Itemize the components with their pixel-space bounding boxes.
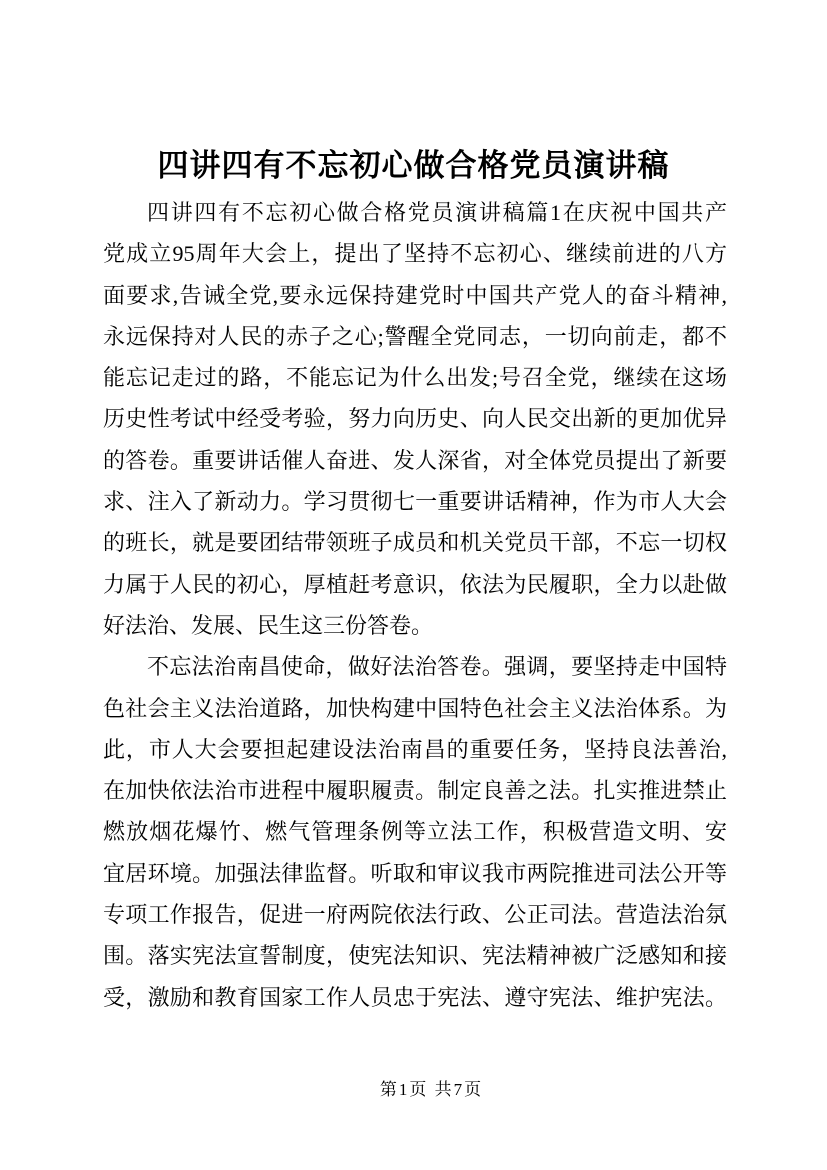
text-line: 的班长，就是要团结带领班子成员和机关党员干部，不忘一切权 — [103, 522, 727, 563]
text-line: 党成立95周年大会上，提出了坚持不忘初心、继续前进的八方 — [103, 233, 727, 274]
paragraph-2: 不忘法治南昌使命，做好法治答卷。强调，要坚持走中国特 色社会主义法治道路，加快构… — [103, 646, 727, 1018]
text-line: 在加快依法治市进程中履职履责。制定良善之法。扎实推进禁止 — [103, 770, 727, 811]
text-line: 四讲四有不忘初心做合格党员演讲稿篇1在庆祝中国共产 — [103, 192, 727, 233]
text-line: 宜居环境。加强法律监督。听取和审议我市两院推进司法公开等 — [103, 853, 727, 894]
text-line: 求、注入了新动力。学习贯彻七一重要讲话精神，作为市人大会 — [103, 481, 727, 522]
text-line: 能忘记走过的路，不能忘记为什么出发;号召全党，继续在这场 — [103, 357, 727, 398]
page-number-label: 第1页 共7页 — [380, 1080, 483, 1099]
text-line: 永远保持对人民的赤子之心;警醒全党同志，一切向前走，都不 — [103, 316, 727, 357]
text-line: 受，激励和教育国家工作人员忠于宪法、遵守宪法、维护宪法。 — [103, 977, 727, 1018]
text-line: 不忘法治南昌使命，做好法治答卷。强调，要坚持走中国特 — [103, 646, 727, 687]
text-line: 力属于人民的初心，厚植赶考意识，依法为民履职，全力以赴做 — [103, 564, 727, 605]
document-title: 四讲四有不忘初心做合格党员演讲稿 — [0, 143, 827, 189]
document-body: 四讲四有不忘初心做合格党员演讲稿篇1在庆祝中国共产 党成立95周年大会上，提出了… — [103, 192, 727, 1018]
text-line: 好法治、发展、民生这三份答卷。 — [103, 605, 727, 646]
text-line: 色社会主义法治道路，加快构建中国特色社会主义法治体系。为 — [103, 688, 727, 729]
text-line: 历史性考试中经受考验，努力向历史、向人民交出新的更加优异 — [103, 398, 727, 439]
page-footer: 第1页 共7页 — [0, 1078, 827, 1102]
text-line: 此，市人大会要担起建设法治南昌的重要任务，坚持良法善治, — [103, 729, 727, 770]
document-page: 四讲四有不忘初心做合格党员演讲稿 四讲四有不忘初心做合格党员演讲稿篇1在庆祝中国… — [0, 0, 827, 1170]
text-line: 专项工作报告，促进一府两院依法行政、公正司法。营造法治氛 — [103, 894, 727, 935]
text-line: 的答卷。重要讲话催人奋进、发人深省，对全体党员提出了新要 — [103, 440, 727, 481]
text-line: 燃放烟花爆竹、燃气管理条例等立法工作，积极营造文明、安全、 — [103, 811, 727, 852]
text-line: 面要求,告诫全党,要永远保持建党时中国共产党人的奋斗精神, — [103, 275, 727, 316]
paragraph-1: 四讲四有不忘初心做合格党员演讲稿篇1在庆祝中国共产 党成立95周年大会上，提出了… — [103, 192, 727, 646]
text-line: 围。落实宪法宣誓制度，使宪法知识、宪法精神被广泛感知和接 — [103, 935, 727, 976]
